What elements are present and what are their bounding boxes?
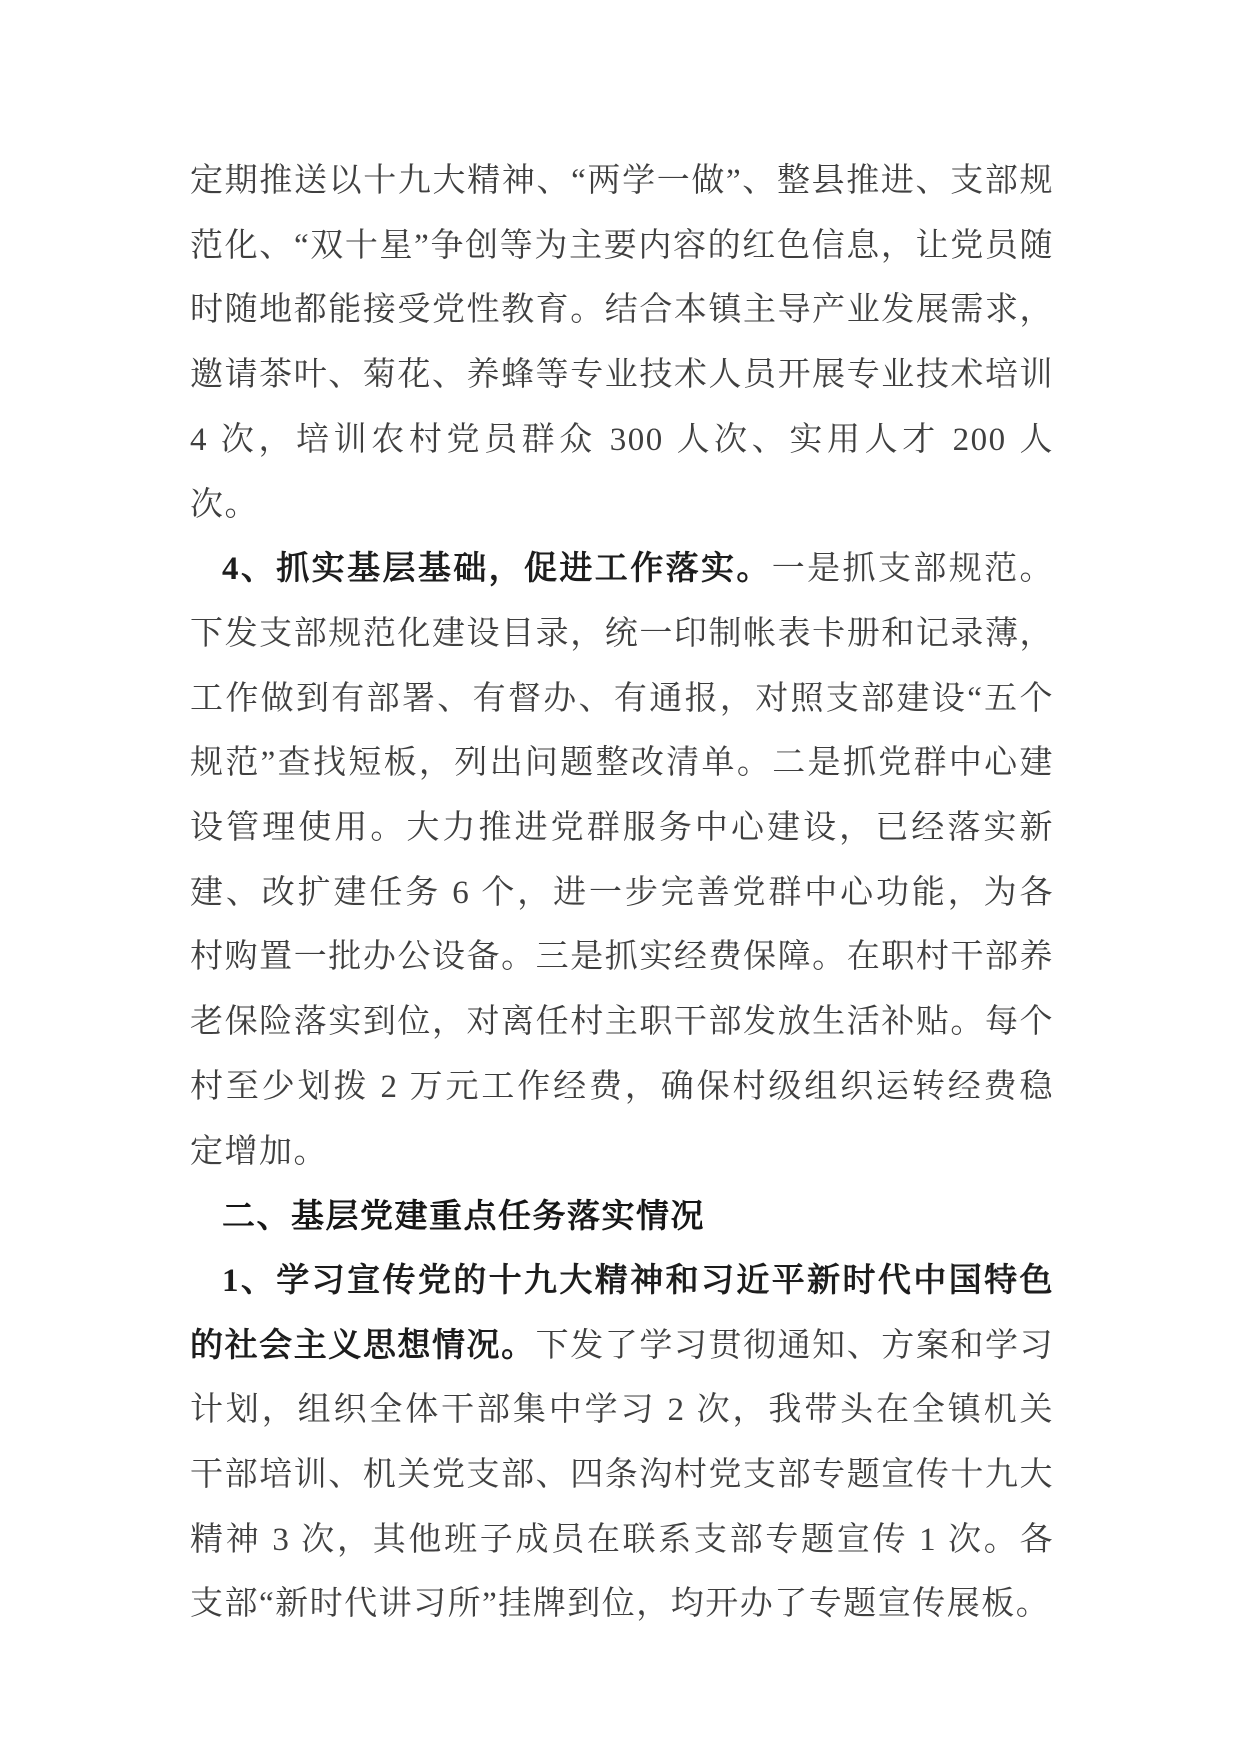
paragraph-text: 定期推送以十九大精神、“两学一做”、整县推进、支部规范化、“双十星”争创等为主要… (190, 163, 1054, 523)
section-heading-text: 二、基层党建重点任务落实情况 (222, 1197, 705, 1234)
section-heading: 二、基层党建重点任务落实情况 (190, 1184, 1054, 1249)
document-body: 定期推送以十九大精神、“两学一做”、整县推进、支部规范化、“双十星”争创等为主要… (190, 149, 1054, 1637)
paragraph-text: 一是抓支部规范。下发支部规范化建设目录，统一印制帐表卡册和记录薄，工作做到有部署… (190, 551, 1054, 1169)
paragraph-continuation: 定期推送以十九大精神、“两学一做”、整县推进、支部规范化、“双十星”争创等为主要… (190, 149, 1054, 537)
paragraph-lead-bold: 4、抓实基层基础，促进工作落实。 (222, 551, 772, 587)
document-page: 定期推送以十九大精神、“两学一做”、整县推进、支部规范化、“双十星”争创等为主要… (0, 0, 1241, 1755)
paragraph-item-4: 4、抓实基层基础，促进工作落实。一是抓支部规范。下发支部规范化建设目录，统一印制… (190, 537, 1054, 1184)
paragraph-item-1: 1、学习宣传党的十九大精神和习近平新时代中国特色的社会主义思想情况。下发了学习贯… (190, 1249, 1054, 1637)
paragraph-text: 下发了学习贯彻通知、方案和学习计划，组织全体干部集中学习 2 次，我带头在全镇机… (190, 1328, 1054, 1623)
